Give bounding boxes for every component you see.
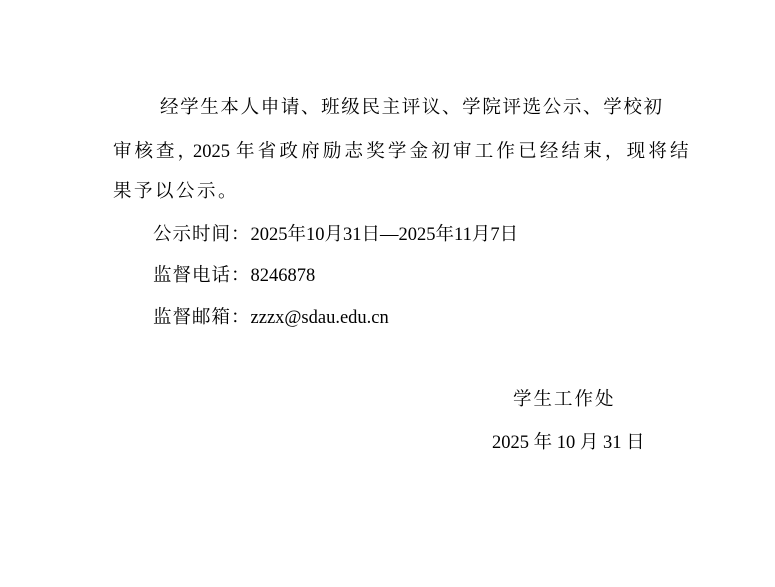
paragraph-line-2-prefix: 审核查， <box>113 141 199 163</box>
signature-date: 2025 年 10 月 31 日 <box>492 432 645 454</box>
email-label: 监督邮箱： <box>153 307 251 328</box>
paragraph-year: 2025 <box>193 141 230 163</box>
email-row: 监督邮箱：zzzx@sdau.edu.cn <box>153 307 389 329</box>
email-value: zzzx@sdau.edu.cn <box>251 308 389 328</box>
period-row: 公示时间：2025年10月31日—2025年11月7日 <box>153 224 518 246</box>
phone-label: 监督电话： <box>153 265 251 286</box>
phone-value: 8246878 <box>251 266 316 286</box>
paragraph-line-3: 果予以公示。 <box>113 181 239 203</box>
period-value: 2025年10月31日—2025年11月7日 <box>251 225 519 245</box>
paragraph-line-2: 审核查， 2025 年省政府励志奖学金初审工作已经结束，现将结 <box>113 141 662 163</box>
phone-row: 监督电话：8246878 <box>153 265 315 287</box>
period-label: 公示时间： <box>153 224 251 245</box>
paragraph-line-1: 经学生本人申请、班级民主评议、学院评选公示、学校初 <box>160 97 662 119</box>
signature-office: 学生工作处 <box>513 389 616 411</box>
paragraph-line-2-suffix: 年省政府励志奖学金初审工作已经结束，现将结 <box>236 141 692 163</box>
